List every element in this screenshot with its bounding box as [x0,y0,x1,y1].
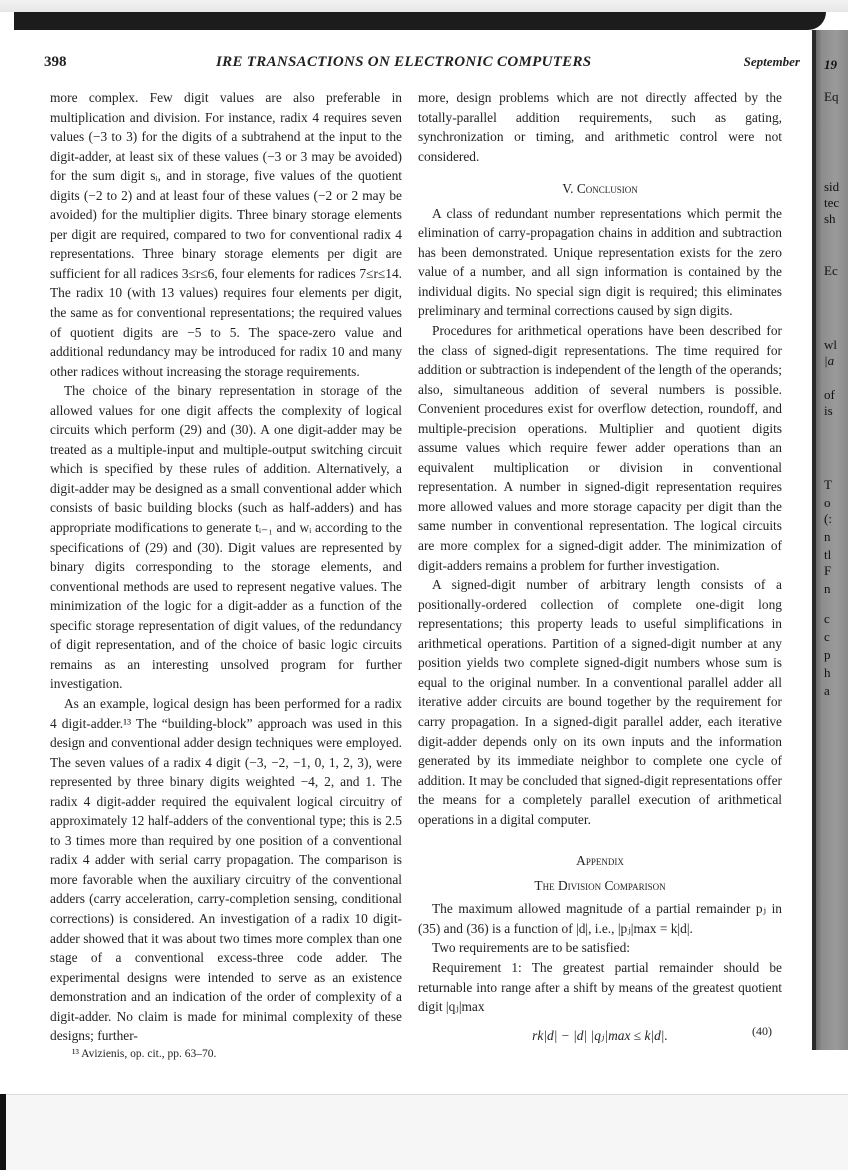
equation-number: (40) [752,1022,772,1042]
equation-body: rk|d| − |d| |qⱼ|max ≤ k|d|. [532,1028,668,1043]
footnote: ¹³ Avizienis, op. cit., pp. 63–70. [72,1048,216,1060]
paragraph: more, design problems which are not dire… [418,88,782,166]
paragraph: Procedures for arithmetical operations h… [418,321,782,575]
adjacent-page-fragment: h [824,666,831,679]
journal-title: IRE TRANSACTIONS ON ELECTRONIC COMPUTERS [216,54,591,71]
next-page-edge [0,1094,848,1170]
running-header: 398 IRE TRANSACTIONS ON ELECTRONIC COMPU… [44,54,800,76]
paragraph: more complex. Few digit values are also … [50,88,402,381]
page-number: 398 [44,54,67,71]
equation-40: rk|d| − |d| |qⱼ|max ≤ k|d|. (40) [418,1026,782,1046]
section-heading-appendix: Appendix [418,851,782,871]
paragraph: The choice of the binary representation … [50,381,402,694]
paragraph: A signed-digit number of arbitrary lengt… [418,575,782,829]
adjacent-page-fragment: 19 [824,58,837,71]
adjacent-page-fragment: T [824,478,832,491]
adjacent-page-fragment: sh [824,212,836,225]
adjacent-page-fragment: c [824,630,830,643]
adjacent-page-fragment: (: [824,512,832,525]
adjacent-page-fragment: sid [824,180,839,193]
adjacent-page-fragment: F [824,564,831,577]
subsection-heading: The Division Comparison [418,876,782,896]
right-column: more, design problems which are not dire… [418,88,782,1045]
adjacent-page-fragment: wl [824,338,837,351]
paragraph: Two requirements are to be satisfied: [418,938,782,958]
adjacent-page-fragment: n [824,530,831,543]
paragraph: As an example, logical design has been p… [50,694,402,1046]
paragraph: A class of redundant number representati… [418,204,782,321]
adjacent-page-fragment: |a [824,354,834,367]
adjacent-page-fragment: Eq [824,90,838,103]
paragraph: The maximum allowed magnitude of a parti… [418,899,782,938]
adjacent-page-fragment: p [824,648,831,661]
issue-month: September [744,54,800,70]
adjacent-page-fragment: a [824,684,830,697]
adjacent-page-fragment: Ec [824,264,838,277]
binding-shadow-bottom [0,1094,6,1170]
left-column: more complex. Few digit values are also … [50,88,402,1046]
adjacent-page-fragment: c [824,612,830,625]
adjacent-page-fragment: of [824,388,835,401]
adjacent-page-fragment: tl [824,548,831,561]
journal-page: 398 IRE TRANSACTIONS ON ELECTRONIC COMPU… [0,0,812,1094]
adjacent-page-fragment: tec [824,196,839,209]
adjacent-page-fragment: is [824,404,833,417]
paragraph: Requirement 1: The greatest partial rema… [418,958,782,1017]
section-heading-conclusion: V. Conclusion [418,179,782,199]
adjacent-page-fragment: n [824,582,831,595]
adjacent-page-fragment: o [824,496,831,509]
